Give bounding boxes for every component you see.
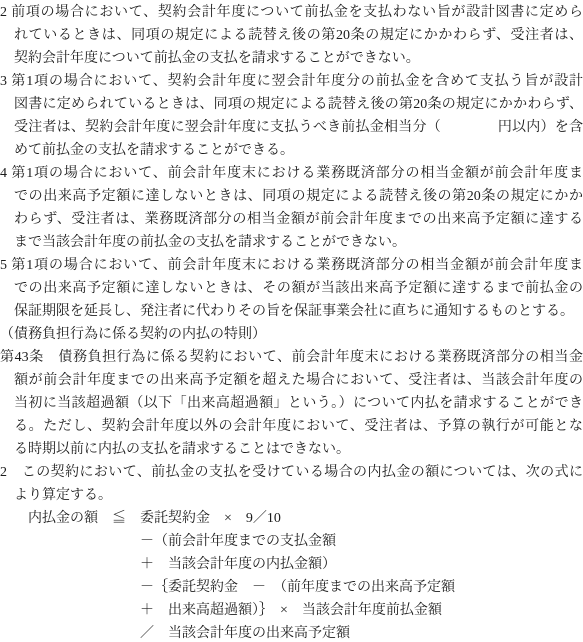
list-item-line: 4 第1項の場合において、前会計年度末における業務既済部分の相当金額が前会計年度… [0, 162, 583, 185]
continuation-line: より算定する。 [0, 484, 583, 507]
continuation-line: での出来高予定額に達しないときは、同項の規定による読替え後の第20条の規定にかか [0, 185, 583, 208]
formula-line: ＋ 当該会計年度の内払金額） [0, 553, 583, 576]
list-item-line: 2 この契約において、前払金の支払を受けている場合の内払金の額については、次の式… [0, 461, 583, 484]
continuation-line: れているときは、同項の規定による読替え後の第20条の規定にかかわらず、受注者は、 [0, 24, 583, 47]
continuation-line: 当初に当該超過額（以下「出来高超過額」という。）について内払を請求することができ [0, 392, 583, 415]
continuation-line: めて前払金の支払を請求することができる。 [0, 139, 583, 162]
continuation-line: る。ただし、契約会計年度以外の会計年度において、受注者は、予算の執行が可能とな [0, 415, 583, 438]
formula-line: ＋ 出来高超過額）｝ × 当該会計年度前払金額 [0, 599, 583, 622]
article-start-line: 第43条 債務負担行為に係る契約において、前会計年度末における業務既済部分の相当… [0, 346, 583, 369]
list-item-line: 5 第1項の場合において、前会計年度末における業務既済部分の相当金額が前会計年度… [0, 254, 583, 277]
continuation-line: る時期以前に内払の支払を請求することはできない。 [0, 438, 583, 461]
formula-line: －｛委託契約金 － （前年度までの出来高予定額 [0, 576, 583, 599]
document-page: 2 前項の場合において、契約会計年度について前払金を支払わない旨が設計図書に定め… [0, 0, 583, 642]
formula-line: －（前会計年度までの支払金額 [0, 530, 583, 553]
formula-line: 内払金の額 ≦ 委託契約金 × 9／10 [0, 507, 583, 530]
continuation-line: 受注者は、契約会計年度に翌会計年度に支払うべき前払金相当分（ 円以内）を含 [0, 116, 583, 139]
section-heading-line: （債務負担行為に係る契約の内払の特則） [0, 323, 583, 346]
continuation-line: 保証期限を延長し、発注者に代わりその旨を保証事業会社に直ちに通知するものとする。 [0, 300, 583, 323]
continuation-line: わらず、受注者は、業務既済部分の相当金額が前会計年度までの出来高予定額に達する [0, 208, 583, 231]
continuation-line: での出来高予定額に達しないときは、その額が当該出来高予定額に達するまで前払金の [0, 277, 583, 300]
list-item-line: 3 第1項の場合において、契約会計年度に翌会計年度分の前払金を含めて支払う旨が設… [0, 70, 583, 93]
list-item-line: 2 前項の場合において、契約会計年度について前払金を支払わない旨が設計図書に定め… [0, 1, 583, 24]
continuation-line: 図書に定められているときは、同項の規定による読替え後の第20条の規定にかかわらず… [0, 93, 583, 116]
formula-line: ／ 当該会計年度の出来高予定額 [0, 622, 583, 642]
continuation-line: 額が前会計年度までの出来高予定額を超えた場合において、受注者は、当該会計年度の [0, 369, 583, 392]
continuation-line: 契約会計年度について前払金の支払を請求することができない。 [0, 47, 583, 70]
continuation-line: まで当該会計年度の前払金の支払を請求することができない。 [0, 231, 583, 254]
